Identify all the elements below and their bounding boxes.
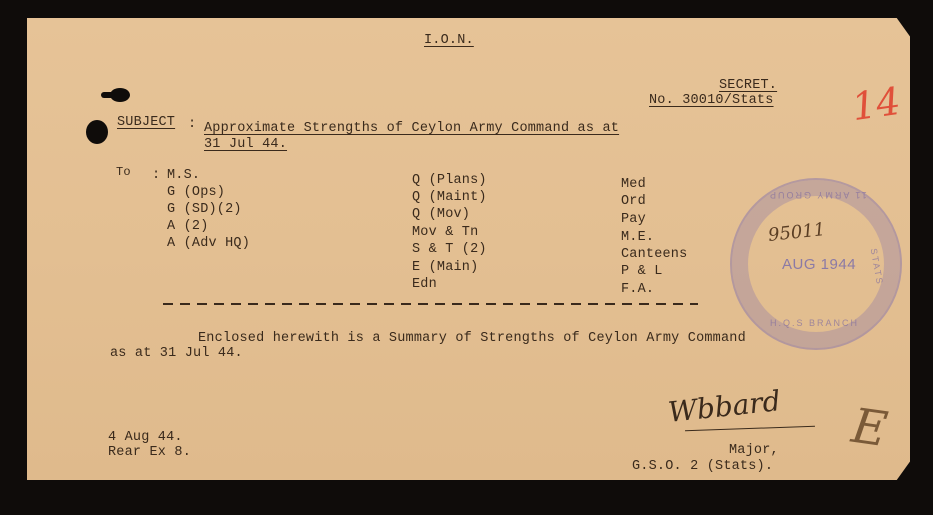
distribution-item: Canteens	[621, 246, 687, 263]
punch-hole-top-tail	[101, 92, 115, 98]
distribution-item: Q (Mov)	[412, 206, 470, 223]
distribution-item: M.S.	[167, 167, 200, 184]
body-text-line-1: Enclosed herewith is a Summary of Streng…	[198, 330, 746, 347]
distribution-item: M.E.	[621, 229, 654, 246]
stamp-ring-top: 11 ARMY GROUP	[768, 190, 867, 200]
red-folio-number: 14	[849, 79, 903, 129]
punch-hole-bottom	[86, 120, 108, 144]
distribution-item: S & T (2)	[412, 241, 487, 258]
reference-number: No. 30010/Stats	[649, 92, 774, 109]
distribution-item: G (SD)(2)	[167, 201, 242, 218]
subject-line-1: Approximate Strengths of Ceylon Army Com…	[204, 120, 619, 137]
to-label: To	[116, 164, 131, 181]
dashed-separator	[163, 303, 698, 305]
stamp-date: AUG 1944	[782, 256, 856, 273]
signatory-rank: Major,	[729, 442, 779, 459]
distribution-item: Q (Maint)	[412, 189, 487, 206]
distribution-item: E (Main)	[412, 259, 478, 276]
to-separator: :	[152, 167, 160, 184]
distribution-item: Ord	[621, 193, 646, 210]
distribution-item: Med	[621, 176, 646, 193]
distribution-item: A (Adv HQ)	[167, 235, 250, 252]
subject-line-2: 31 Jul 44.	[204, 136, 287, 153]
distribution-item: Edn	[412, 276, 437, 293]
signatory-appointment: G.S.O. 2 (Stats).	[632, 458, 773, 475]
subject-label: SUBJECT	[117, 114, 175, 131]
distribution-item: Pay	[621, 211, 646, 228]
distribution-item: G (Ops)	[167, 184, 225, 201]
distribution-item: Mov & Tn	[412, 224, 478, 241]
document-header: I.O.N.	[424, 32, 474, 49]
telephone-extension: Rear Ex 8.	[108, 444, 191, 461]
stamp-ring-bottom: H.Q.S BRANCH	[770, 318, 859, 328]
distribution-item: P & L	[621, 263, 663, 280]
body-text-line-2: as at 31 Jul 44.	[110, 345, 243, 362]
distribution-item: Q (Plans)	[412, 172, 487, 189]
distribution-item: F.A.	[621, 281, 654, 298]
distribution-item: A (2)	[167, 218, 209, 235]
subject-separator: :	[188, 116, 196, 133]
